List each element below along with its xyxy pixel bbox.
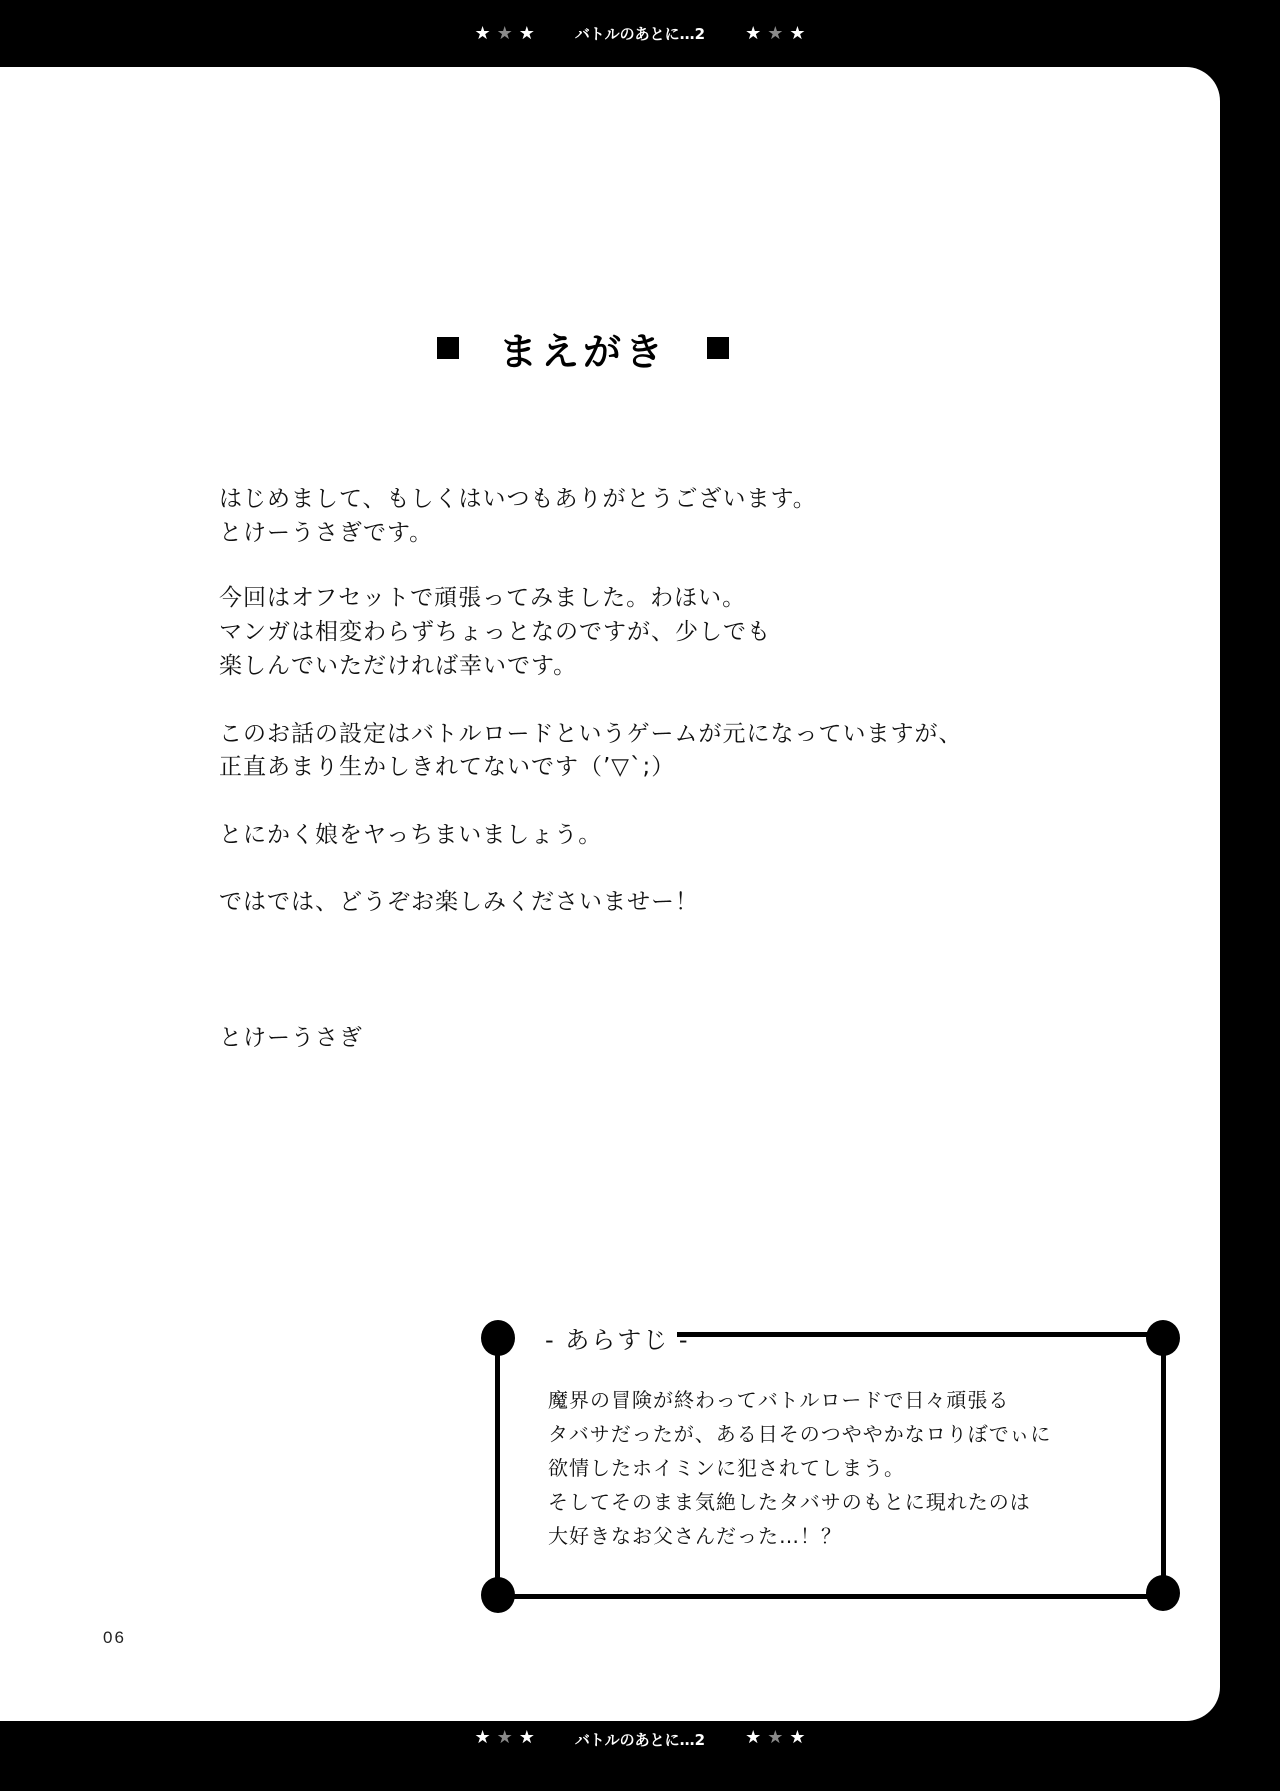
body-line: 楽しんでいただければ幸いです。: [219, 651, 577, 681]
footer-stars-left: ★ ★ ★: [475, 1729, 535, 1747]
synopsis-line: そしてそのまま気絶したタバサのもとに現れたのは: [548, 1488, 1031, 1516]
corner-dot-icon: [1146, 1320, 1180, 1356]
star-icon: ★: [497, 1729, 513, 1747]
header-stars-left: ★ ★ ★: [475, 25, 535, 43]
body-line: ではでは、どうぞお楽しみくださいませー！: [219, 887, 699, 917]
page-number: 06: [103, 1628, 126, 1648]
page-title: まえがき: [437, 328, 737, 368]
header-title: バトルのあとに…2: [575, 23, 705, 44]
star-icon: ★: [519, 25, 535, 43]
page-title-text: まえがき: [499, 321, 667, 376]
star-icon: ★: [475, 25, 491, 43]
body-line: マンガは相変わらずちょっとなのですが、少しでも: [219, 617, 771, 647]
star-icon: ★: [519, 1729, 535, 1747]
body-line: とにかく娘をヤっちまいましょう。: [219, 820, 602, 850]
synopsis-line: 魔界の冒険が終わってバトルロードで日々頑張る: [548, 1386, 1009, 1414]
body-line: このお話の設定はバトルロードというゲームが元になっていますが、: [219, 719, 963, 749]
synopsis-border-left: [495, 1338, 500, 1596]
star-icon: ★: [497, 25, 513, 43]
star-icon: ★: [789, 1729, 805, 1747]
header-bar: ★ ★ ★ バトルのあとに…2 ★ ★ ★: [0, 0, 1280, 67]
star-icon: ★: [475, 1729, 491, 1747]
star-icon: ★: [745, 1729, 761, 1747]
synopsis-line: タバサだったが、ある日そのつややかなロりぼでぃに: [548, 1420, 1051, 1448]
body-line: 正直あまり生かしきれてないです（’▽`;）: [219, 752, 675, 782]
author-signature: とけーうさぎ: [219, 1023, 363, 1053]
corner-dot-icon: [481, 1320, 515, 1356]
synopsis-border-top: [677, 1332, 1163, 1337]
synopsis-line: 大好きなお父さんだった…！？: [548, 1522, 842, 1550]
synopsis-border-right: [1161, 1338, 1166, 1596]
header-stars-right: ★ ★ ★: [745, 25, 805, 43]
star-icon: ★: [767, 1729, 783, 1747]
corner-dot-icon: [1146, 1575, 1180, 1611]
footer-title: バトルのあとに…2: [575, 1729, 705, 1750]
synopsis-title: - あらすじ -: [545, 1320, 690, 1355]
star-icon: ★: [745, 25, 761, 43]
footer-stars-right: ★ ★ ★: [745, 1729, 805, 1747]
synopsis-line: 欲情したホイミンに犯されてしまう。: [548, 1454, 905, 1482]
body-line: 今回はオフセットで頑張ってみました。わほい。: [219, 583, 746, 613]
body-line: はじめまして、もしくはいつもありがとうございます。: [219, 484, 817, 514]
body-line: とけーうさぎです。: [219, 518, 433, 548]
star-icon: ★: [767, 25, 783, 43]
square-bullet-icon: [437, 337, 459, 359]
square-bullet-icon: [707, 337, 729, 359]
synopsis-border-bottom: [498, 1594, 1163, 1599]
corner-dot-icon: [481, 1577, 515, 1613]
star-icon: ★: [789, 25, 805, 43]
footer-bar: ★ ★ ★ バトルのあとに…2 ★ ★ ★: [0, 1721, 1280, 1791]
